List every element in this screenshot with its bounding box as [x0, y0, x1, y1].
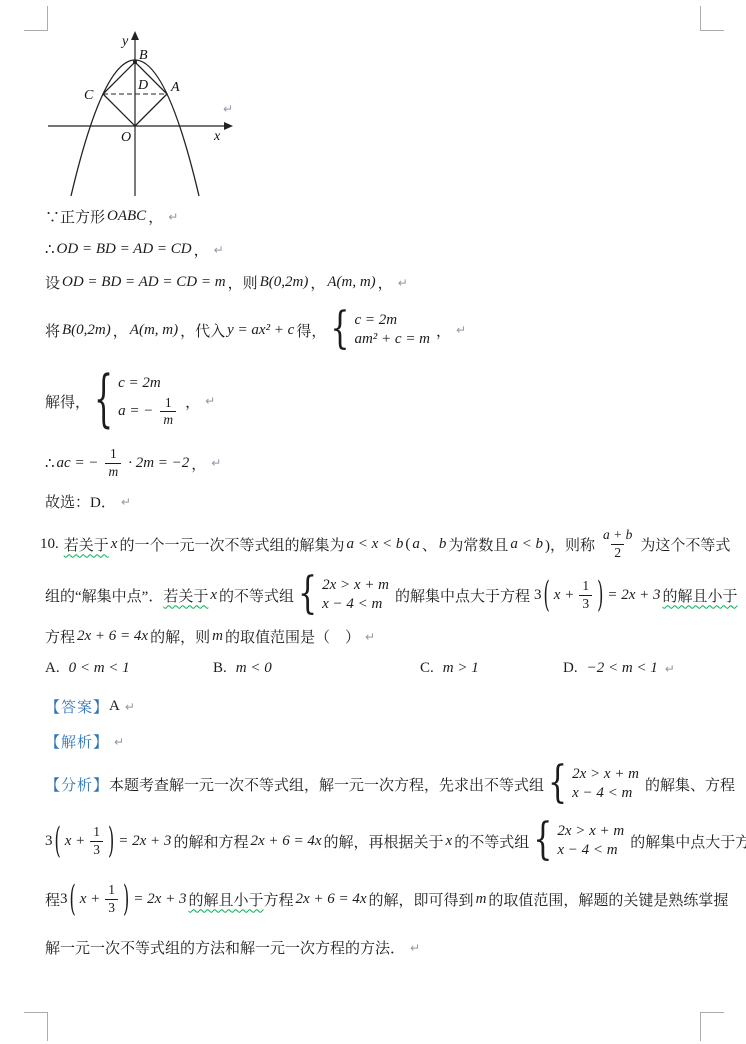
math-run: · 2m = −2 [128, 455, 189, 472]
paragraph-mark-icon: ↵ [214, 243, 224, 257]
denominator: 3 [105, 899, 118, 916]
math-run: A(m, m) [130, 322, 178, 339]
paragraph-mark-icon: ↵ [398, 276, 408, 290]
paragraph-mark-icon: ↵ [205, 394, 215, 408]
text-run: 的解，即可得到 [369, 889, 474, 910]
option-b-label: B. [213, 660, 227, 677]
label-D: D [137, 78, 148, 93]
text-run: 组的“解集中点”． [45, 585, 163, 606]
word-document-page: { "page": { "pilcrow": "↵" }, "figure": … [0, 0, 746, 1044]
paragraph-mark-icon: ↵ [211, 456, 221, 470]
equation-system: { c = 2m am² + c = m [330, 311, 432, 349]
text-run: 方程 [263, 889, 293, 910]
math-run: = 2x + 3 [607, 587, 660, 604]
math-run: = 2x + 3 [118, 833, 171, 850]
text-run: 为常数且 [448, 534, 508, 555]
option-c-value: m > 1 [443, 660, 479, 677]
paragraph-mark-icon: ↵ [125, 700, 135, 714]
math-run: ac = − [57, 455, 99, 472]
math-run: B(0,2m) [62, 322, 111, 339]
solution-line-5: 解得， { c = 2m a = − 1 m ， ↵ [45, 370, 215, 432]
text-run: ， [436, 320, 451, 341]
text-run-spellcheck: 若关于 [64, 534, 109, 555]
analysis-line-2: 3 ( x + 1 3 ) = 2x + 3 的解和方程 2x + 6 = 4x… [45, 814, 746, 868]
fraction: a + b 2 [598, 527, 637, 560]
math-run: m [212, 628, 223, 645]
solution-line-4: 将 B(0,2m) ， A(m, m) ，代入 y = ax² + c 得， {… [45, 306, 466, 354]
math-run: x − 4 < m [322, 595, 382, 614]
option-d-value: −2 < m < 1 [587, 660, 658, 677]
denominator: 3 [90, 841, 103, 858]
denominator: m [160, 411, 176, 428]
math-row: a = − 1 m [116, 395, 181, 428]
analysis-line-3: 程 3 ( x + 1 3 ) = 2x + 3 的解且小于 方程 2x + 6… [45, 872, 728, 926]
math-run: 3 [534, 587, 542, 604]
text-run: 得， [296, 320, 326, 341]
left-brace: { [548, 762, 567, 806]
math-run: 2x > x + m [557, 822, 624, 841]
big-paren-close: ) [123, 877, 129, 919]
math-run: c = 2m [118, 374, 161, 393]
text-run: ∴ [45, 454, 55, 473]
label-C: C [84, 88, 94, 103]
numerator: a + b [600, 527, 635, 543]
text-run: ∴ [45, 240, 55, 259]
paragraph-mark-icon: ↵ [121, 495, 131, 509]
math-run: x − 4 < m [557, 841, 617, 860]
answer-header: 【答案】 [45, 696, 109, 717]
text-run: ， [191, 453, 206, 474]
text-run: 为这个不等式 [640, 534, 730, 555]
text-run: ， [378, 272, 393, 293]
math-run: 2x > x + m [322, 576, 389, 595]
math-run: x + [80, 891, 101, 908]
point-B-dot [133, 60, 137, 64]
math-run: a < b [510, 536, 543, 553]
option-a: A. 0 < m < 1 [45, 660, 132, 677]
solution-line-7: 故选：D． ↵ [45, 491, 131, 512]
text-run: 本题考查解一元一次不等式组，解一元一次方程，先求出不等式组 [109, 774, 544, 795]
math-run: A(m, m) [327, 274, 375, 291]
numerator: 1 [162, 395, 175, 411]
analysis-line-4: 解一元一次不等式组的方法和解一元一次方程的方法． ↵ [45, 937, 420, 958]
math-run: c = 2m [354, 311, 397, 330]
math-run: x [111, 536, 118, 553]
question-10-line-3: 方程 2x + 6 = 4x 的解，则 m 的取值范围是（ ） ↵ [45, 626, 375, 647]
inequality-system: { 2x > x + m x − 4 < m [533, 822, 626, 860]
math-run: OABC [107, 208, 146, 225]
solution-line-2: ∴ OD = BD = AD = CD ， ↵ [45, 239, 224, 260]
option-a-label: A. [45, 660, 60, 677]
inequality-system: { 2x > x + m x − 4 < m [548, 765, 641, 803]
fraction: 1 3 [579, 578, 592, 611]
label-A: A [170, 80, 180, 95]
option-c-label: C. [420, 660, 434, 677]
math-run: OD = BD = AD = CD = m [62, 274, 226, 291]
text-run: 的解，再根据关于 [324, 831, 444, 852]
analysis-header: 【分析】 [45, 774, 109, 795]
left-brace: { [94, 370, 113, 432]
option-d: D. −2 < m < 1 ↵ [563, 660, 675, 677]
numerator: 1 [105, 882, 118, 898]
math-run: a = − [118, 402, 153, 421]
left-brace: { [533, 819, 552, 863]
paragraph-mark-icon: ↵ [168, 210, 178, 224]
text-run: ，则 [228, 272, 258, 293]
text-run: 的解集中点大于方程 [395, 585, 530, 606]
math-run: 2x + 6 = 4x [77, 628, 148, 645]
numerator: 1 [90, 824, 103, 840]
text-run: ，代入 [180, 320, 225, 341]
numerator: 1 [579, 578, 592, 594]
label-O: O [121, 130, 131, 145]
jiexi-line: 【解析】 ↵ [45, 731, 124, 752]
math-run: 3 [60, 891, 68, 908]
parabola-figure: y x B C D A O [40, 30, 240, 202]
equation-system: { c = 2m a = − 1 m [94, 374, 181, 428]
math-run: = 2x + 3 [133, 891, 186, 908]
math-run: x + [554, 587, 575, 604]
math-run: OD = BD = AD = CD [57, 241, 192, 258]
label-x: x [213, 129, 221, 144]
text-run: ， [194, 239, 209, 260]
text-run: 的不等式组 [219, 585, 294, 606]
text-run: 解得， [45, 391, 90, 412]
denominator: m [105, 463, 121, 480]
paragraph-mark-icon: ↵ [223, 102, 233, 116]
text-run: ， [185, 391, 200, 412]
text-run: 解一元一次不等式组的方法和解一元一次方程的方法． [45, 937, 405, 958]
option-a-value: 0 < m < 1 [69, 660, 130, 677]
math-run: 3 [45, 833, 53, 850]
big-paren-open: ( [544, 573, 550, 615]
text-run-spellcheck: 若关于 [163, 585, 208, 606]
margin-mark-top-left [24, 6, 48, 31]
question-10-line-2: 组的“解集中点”． 若关于 x 的不等式组 { 2x > x + m x − 4… [45, 570, 738, 620]
big-paren-close: ) [597, 573, 603, 615]
text-run: ， [310, 272, 325, 293]
math-run: x + [65, 833, 86, 850]
text-run: 的解集、方程 [645, 774, 735, 795]
fraction: 1 3 [105, 882, 118, 915]
fraction: 1 m [158, 395, 178, 428]
math-run: 2x + 6 = 4x [250, 833, 321, 850]
jiexi-header: 【解析】 [45, 731, 109, 752]
text-run: 的取值范围，解题的关键是熟练掌握 [488, 889, 728, 910]
text-run: )，则称 [545, 534, 595, 555]
text-run: 的解和方程 [173, 831, 248, 852]
big-paren-open: ( [70, 877, 76, 919]
left-brace: { [330, 308, 349, 352]
text-run: 、 [422, 534, 437, 555]
math-run: m [476, 891, 487, 908]
options-row: A. 0 < m < 1 B. m < 0 C. m > 1 D. −2 < m… [0, 660, 746, 682]
fraction: 1 m [103, 446, 123, 479]
text-run-spellcheck: 的解且小于 [662, 585, 737, 606]
option-b-value: m < 0 [236, 660, 272, 677]
math-run: b [439, 536, 447, 553]
solution-line-3: 设 OD = BD = AD = CD = m ，则 B(0,2m) ， A(m… [45, 272, 408, 293]
big-paren-open: ( [55, 819, 61, 861]
text-run: 的一个一元一次不等式组的解集为 [119, 534, 344, 555]
solution-line-6: ∴ ac = − 1 m · 2m = −2 ， ↵ [45, 443, 221, 483]
math-run: y = ax² + c [227, 322, 294, 339]
text-run: ， [113, 320, 128, 341]
text-run: 故选：D． [45, 491, 116, 512]
math-run: x [446, 833, 453, 850]
fraction: 1 3 [90, 824, 103, 857]
math-run: a < x < b [346, 536, 403, 553]
math-run: 2x + 6 = 4x [295, 891, 366, 908]
answer-line: 【答案】 A ↵ [45, 696, 135, 717]
y-axis-arrow-icon [131, 31, 139, 40]
denominator: 2 [611, 544, 624, 561]
denominator: 3 [579, 595, 592, 612]
text-run: 的解集中点大于方 [630, 831, 746, 852]
text-run: 设 [45, 272, 60, 293]
paragraph-mark-icon: ↵ [114, 735, 124, 749]
text-run: 的解，则 [150, 626, 210, 647]
math-run: am² + c = m [354, 330, 430, 349]
numerator: 1 [107, 446, 120, 462]
x-axis-arrow-icon [224, 122, 233, 130]
paragraph-mark-icon: ↵ [665, 662, 675, 676]
text-run: ( [405, 536, 410, 553]
left-brace: { [298, 573, 317, 617]
question-number: 10. [40, 536, 59, 553]
parabola-square-diagram: y x B C D A O [40, 30, 240, 202]
inequality-system: { 2x > x + m x − 4 < m [298, 576, 391, 614]
margin-mark-bottom-left [24, 1012, 48, 1041]
text-run: 程 [45, 889, 60, 910]
label-y: y [120, 34, 129, 49]
text-run: ∵正方形 [45, 206, 105, 227]
text-run: 方程 [45, 626, 75, 647]
option-c: C. m > 1 [420, 660, 481, 677]
paragraph-mark-icon: ↵ [365, 630, 375, 644]
margin-mark-top-right [700, 6, 724, 31]
analysis-line-1: 【分析】 本题考查解一元一次不等式组，解一元一次方程，先求出不等式组 { 2x … [45, 759, 735, 809]
math-run: B(0,2m) [260, 274, 309, 291]
option-d-label: D. [563, 660, 578, 677]
text-run: 将 [45, 320, 60, 341]
text-run: ， [148, 206, 163, 227]
big-paren-close: ) [108, 819, 114, 861]
text-run-spellcheck: 的解且小于 [188, 889, 263, 910]
label-B: B [139, 48, 148, 63]
math-run: a [412, 536, 420, 553]
paragraph-mark-icon: ↵ [410, 941, 420, 955]
text-run: 的取值范围是（ ） [225, 626, 360, 647]
margin-mark-bottom-right [700, 1012, 724, 1041]
answer-value: A [109, 698, 120, 715]
option-b: B. m < 0 [213, 660, 274, 677]
paragraph-mark-icon: ↵ [456, 323, 466, 337]
question-10-line-1: 10. 若关于 x 的一个一元一次不等式组的解集为 a < x < b ( a … [40, 522, 730, 566]
math-run: x − 4 < m [572, 784, 632, 803]
math-run: 2x > x + m [572, 765, 639, 784]
text-run: 的不等式组 [454, 831, 529, 852]
solution-line-1: ∵正方形 OABC ， ↵ [45, 206, 178, 227]
math-run: x [210, 587, 217, 604]
